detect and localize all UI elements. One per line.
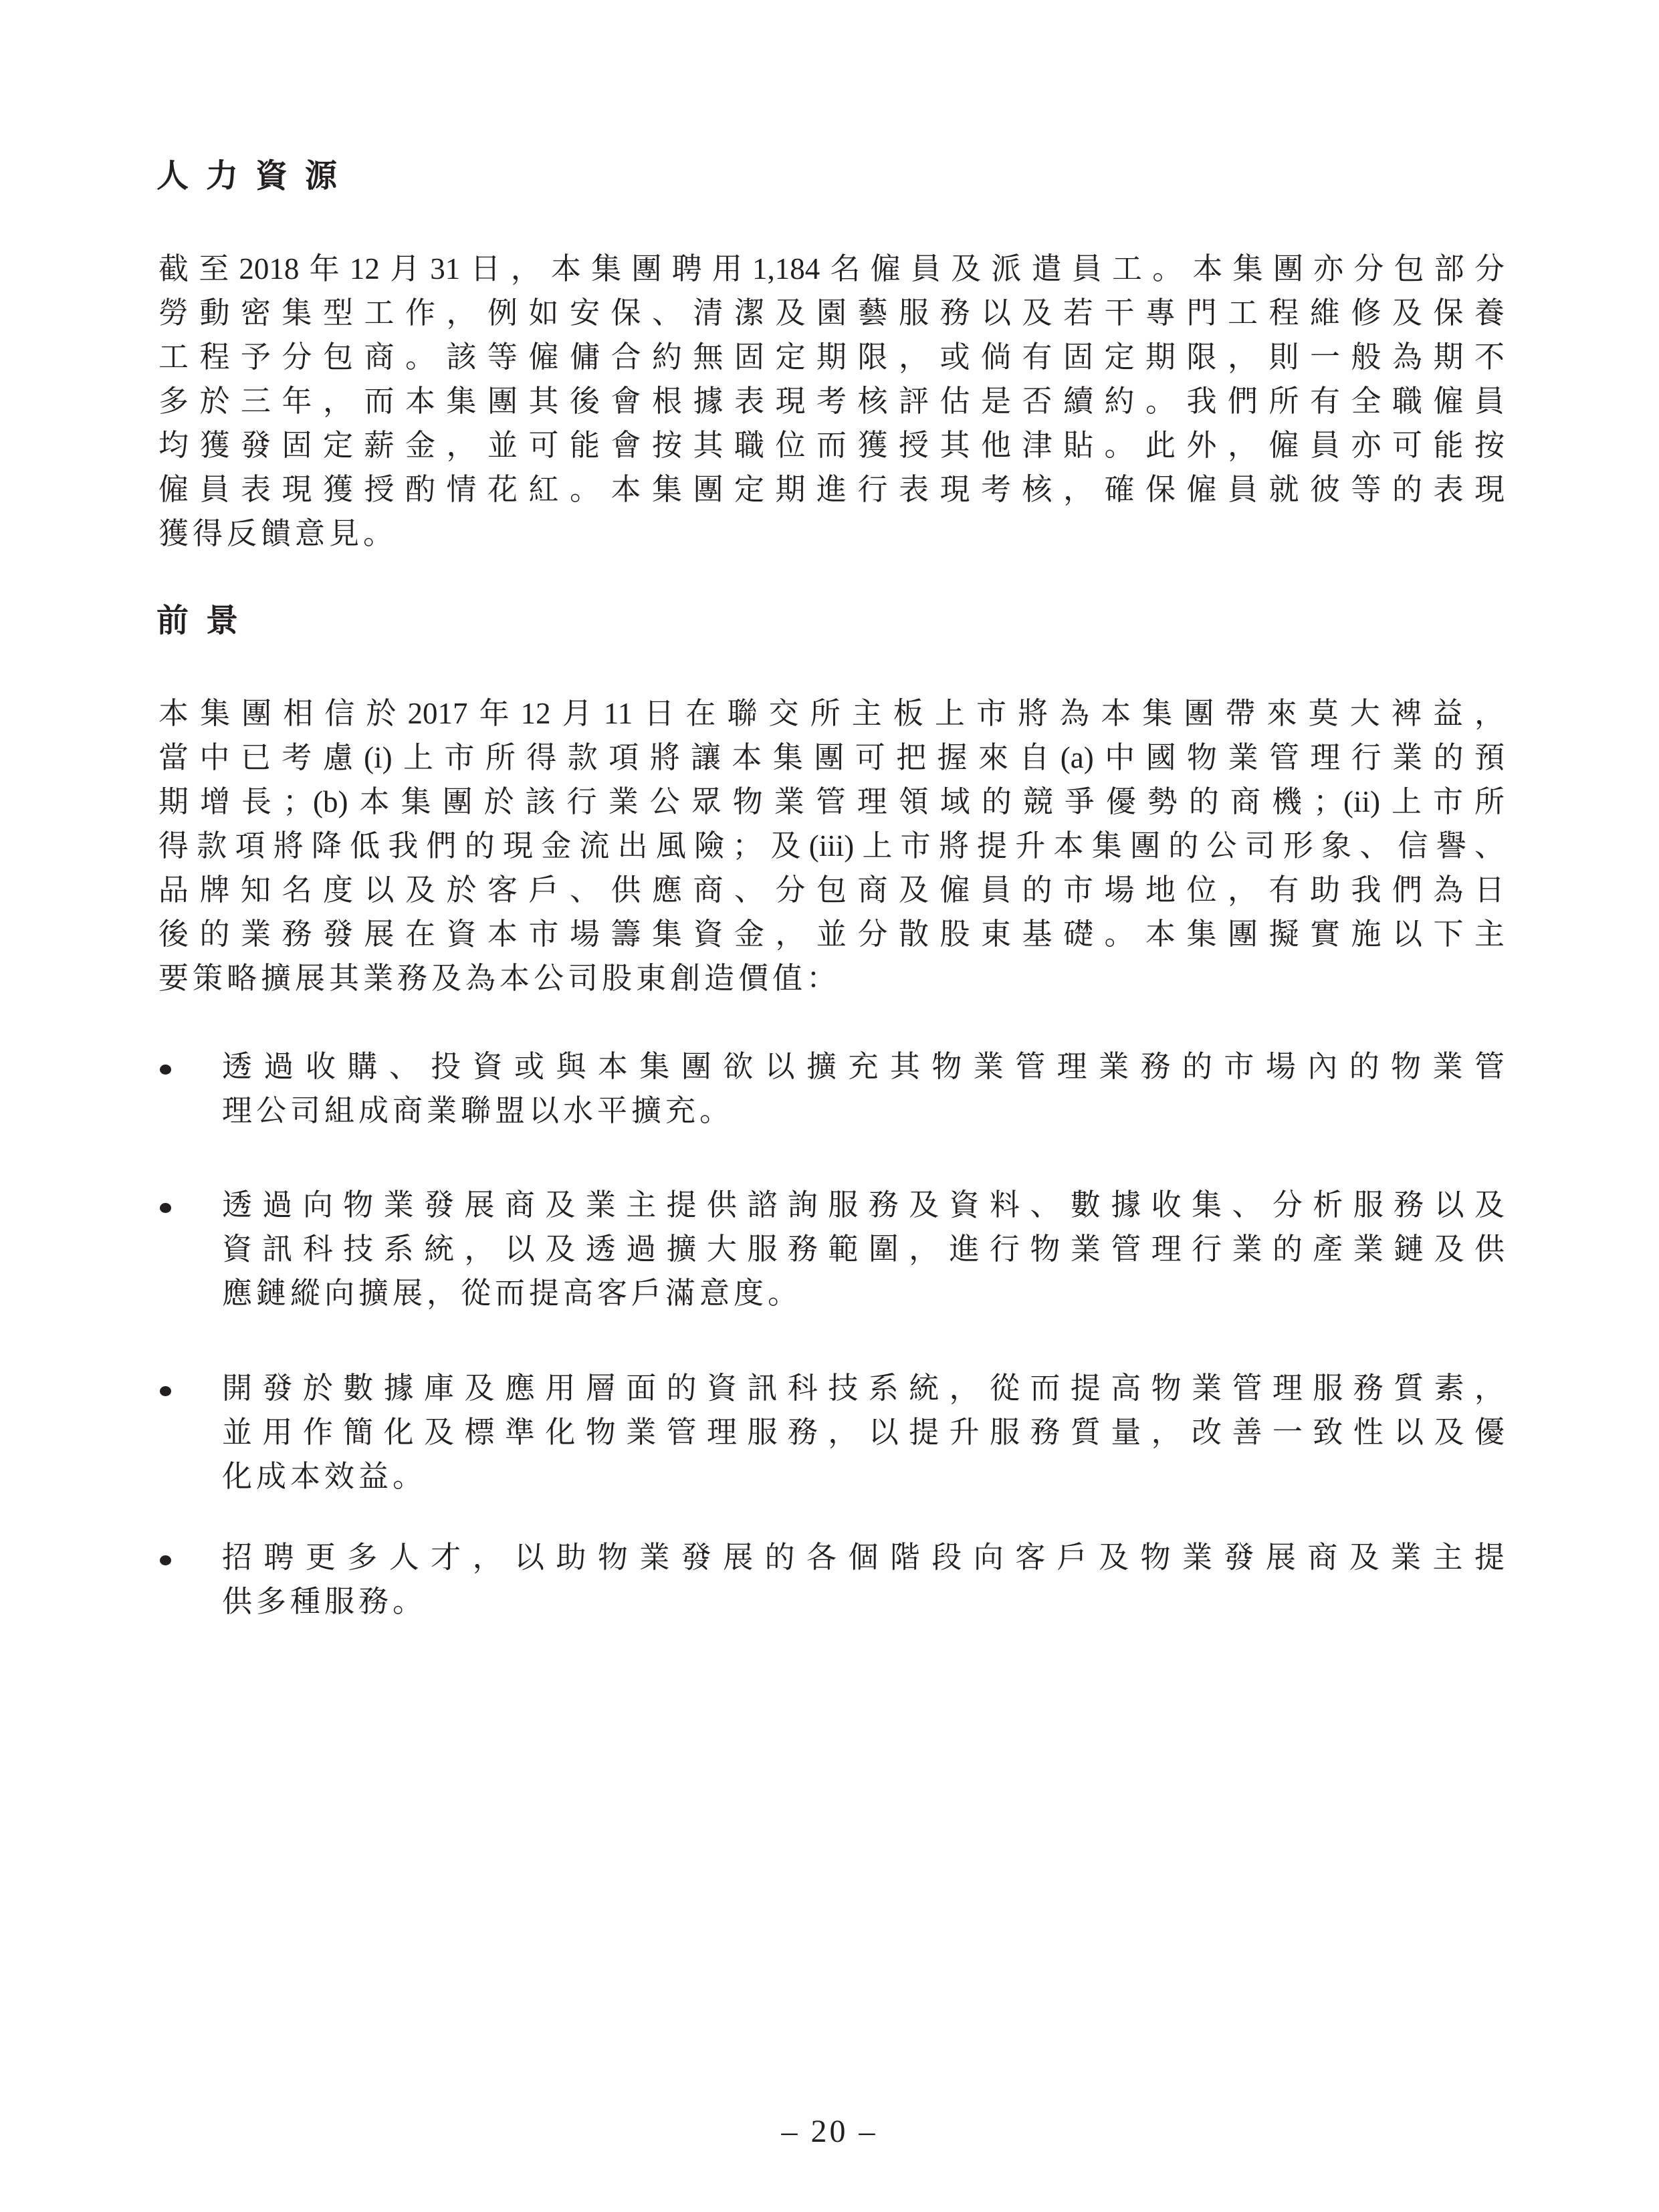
paragraph-line: 僱員表現獲授酌情花紅。本集團定期進行表現考核，確保僱員就彼等的表現 [158,467,1505,512]
document-page: 人力資源 截至2018年12月31日，本集團聘用1,184名僱員及派遣員工。本集… [0,0,1659,2212]
paragraph-line: 勞動密集型工作，例如安保、清潔及園藝服務以及若干專門工程維修及保養 [158,291,1505,335]
paragraph-line: 要策略擴展其業務及為本公司股東創造價值： [158,956,1505,1000]
bullet-line: 招聘更多人才，以助物業發展的各個階段向客戶及物業發展商及業主提 [222,1535,1505,1579]
paragraph-line: 多於三年，而本集團其後會根據表現考核評估是否續約。我們所有全職僱員 [158,379,1505,423]
bullet-item: 透過向物業發展商及業主提供諮詢服務及資料、數據收集、分析服務以及 資訊科技系統，… [158,1183,1505,1315]
bullet-item: 透過收購、投資或與本集團欲以擴充其物業管理業務的市場內的物業管 理公司組成商業聯… [158,1044,1505,1133]
bullet-line: 化成本效益。 [222,1454,1505,1499]
bullet-line: 透過向物業發展商及業主提供諮詢服務及資料、數據收集、分析服務以及 [222,1183,1505,1227]
paragraph-line: 均獲發固定薪金，並可能會按其職位而獲授其他津貼。此外，僱員亦可能按 [158,423,1505,467]
paragraph-line: 當中已考慮(i)上市所得款項將讓本集團可把握來自(a)中國物業管理行業的預 [158,736,1505,780]
bullet-marker-icon [160,1386,171,1396]
bullet-line: 資訊科技系統，以及透過擴大服務範圍，進行物業管理行業的產業鏈及供 [222,1227,1505,1271]
bullet-line: 理公司組成商業聯盟以水平擴充。 [222,1089,1505,1133]
section-heading-human-resources: 人力資源 [156,159,354,194]
bullet-line: 並用作簡化及標準化物業管理服務，以提升服務質量，改善一致性以及優 [222,1410,1505,1454]
paragraph-line: 本集團相信於2017年12月11日在聯交所主板上市將為本集團帶來莫大裨益， [158,691,1505,736]
paragraph-line: 後的業務發展在資本市場籌集資金，並分散股東基礎。本集團擬實施以下主 [158,912,1505,956]
bullet-item: 開發於數據庫及應用層面的資訊科技系統，從而提高物業管理服務質素， 並用作簡化及標… [158,1366,1505,1499]
page-number: – 20 – [0,2113,1659,2150]
paragraph-line: 截至2018年12月31日，本集團聘用1,184名僱員及派遣員工。本集團亦分包部… [158,247,1505,291]
bullet-line: 供多種服務。 [222,1579,1505,1624]
bullet-marker-icon [160,1555,171,1565]
bullet-text: 透過收購、投資或與本集團欲以擴充其物業管理業務的市場內的物業管 理公司組成商業聯… [222,1044,1505,1133]
bullet-line: 應鏈縱向擴展，從而提高客戶滿意度。 [222,1271,1505,1315]
paragraph-line: 獲得反饋意見。 [158,512,1505,556]
bullet-item: 招聘更多人才，以助物業發展的各個階段向客戶及物業發展商及業主提 供多種服務。 [158,1535,1505,1624]
bullet-marker-icon [160,1203,171,1213]
prospects-paragraph: 本集團相信於2017年12月11日在聯交所主板上市將為本集團帶來莫大裨益， 當中… [158,691,1505,1000]
bullet-line: 透過收購、投資或與本集團欲以擴充其物業管理業務的市場內的物業管 [222,1044,1505,1089]
paragraph-line: 期增長；(b)本集團於該行業公眾物業管理領域的競爭優勢的商機；(ii)上市所 [158,780,1505,824]
paragraph-line: 得款項將降低我們的現金流出風險；及(iii)上市將提升本集團的公司形象、信譽、 [158,824,1505,868]
bullet-line: 開發於數據庫及應用層面的資訊科技系統，從而提高物業管理服務質素， [222,1366,1505,1410]
bullet-marker-icon [160,1065,171,1075]
paragraph-line: 工程予分包商。該等僱傭合約無固定期限，或倘有固定期限，則一般為期不 [158,335,1505,379]
bullet-text: 招聘更多人才，以助物業發展的各個階段向客戶及物業發展商及業主提 供多種服務。 [222,1535,1505,1624]
bullet-text: 透過向物業發展商及業主提供諮詢服務及資料、數據收集、分析服務以及 資訊科技系統，… [222,1183,1505,1315]
human-resources-paragraph: 截至2018年12月31日，本集團聘用1,184名僱員及派遣員工。本集團亦分包部… [158,247,1505,556]
bullet-text: 開發於數據庫及應用層面的資訊科技系統，從而提高物業管理服務質素， 並用作簡化及標… [222,1366,1505,1499]
section-heading-prospects: 前景 [156,604,255,639]
paragraph-line: 品牌知名度以及於客戶、供應商、分包商及僱員的市場地位，有助我們為日 [158,868,1505,912]
